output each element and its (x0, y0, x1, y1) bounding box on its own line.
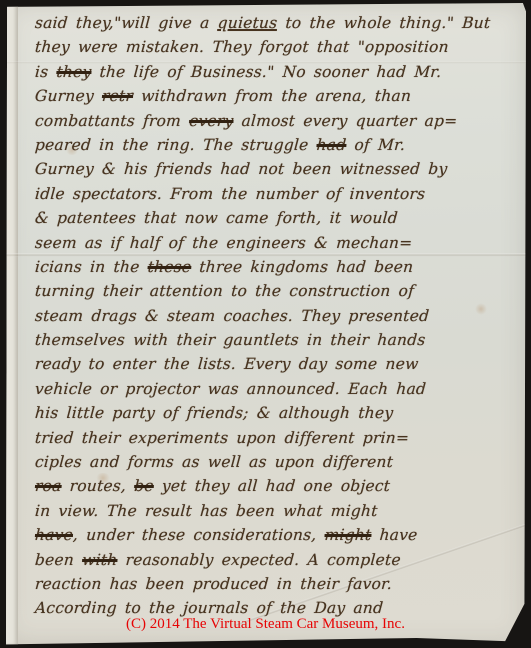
manuscript-line: have, under these considerations, might … (34, 523, 523, 547)
manuscript-line: idle spectators. From the number of inve… (34, 182, 523, 206)
manuscript-line: Gurney & his friends had not been witnes… (34, 157, 523, 181)
manuscript-line: been with reasonably expected. A complet… (34, 548, 523, 572)
manuscript-page: said they,"will give a quietus to the wh… (5, 3, 526, 645)
manuscript-line: themselves with their gauntlets in their… (34, 328, 523, 352)
manuscript-line: ciples and forms as well as upon differe… (34, 450, 523, 474)
manuscript-line: tried their experiments upon different p… (34, 426, 523, 450)
copyright-watermark: (C) 2014 The Virtual Steam Car Museum, I… (126, 616, 405, 633)
manuscript-line: & patentees that now came forth, it woul… (34, 206, 523, 230)
manuscript-line: said they,"will give a quietus to the wh… (34, 11, 523, 35)
manuscript-line: vehicle or projector was announced. Each… (34, 377, 523, 401)
handwritten-text: said they,"will give a quietus to the wh… (35, 11, 522, 621)
manuscript-line: they were mistaken. They forgot that "op… (34, 35, 523, 59)
manuscript-line: Gurney retr withdrawn from the arena, th… (34, 84, 523, 108)
manuscript-line: ready to enter the lists. Every day some… (34, 352, 523, 376)
manuscript-line: reaction has been produced in their favo… (34, 572, 523, 596)
manuscript-line: peared in the ring. The struggle had of … (34, 133, 523, 157)
manuscript-line: in view. The result has been what might (34, 499, 523, 523)
manuscript-line: icians in the these three kingdoms had b… (34, 255, 523, 279)
manuscript-line: steam drags & steam coaches. They presen… (34, 304, 523, 328)
manuscript-line: seem as if half of the engineers & mecha… (34, 231, 523, 255)
manuscript-line: his little party of friends; & although … (34, 401, 523, 425)
manuscript-line: is they the life of Business." No sooner… (34, 60, 523, 84)
page-fold-edge (5, 3, 18, 645)
scan-background: said they,"will give a quietus to the wh… (0, 0, 531, 648)
manuscript-line: combattants from every almost every quar… (34, 109, 523, 133)
manuscript-line: roa routes, be yet they all had one obje… (34, 474, 523, 498)
manuscript-line: turning their attention to the construct… (34, 279, 523, 303)
